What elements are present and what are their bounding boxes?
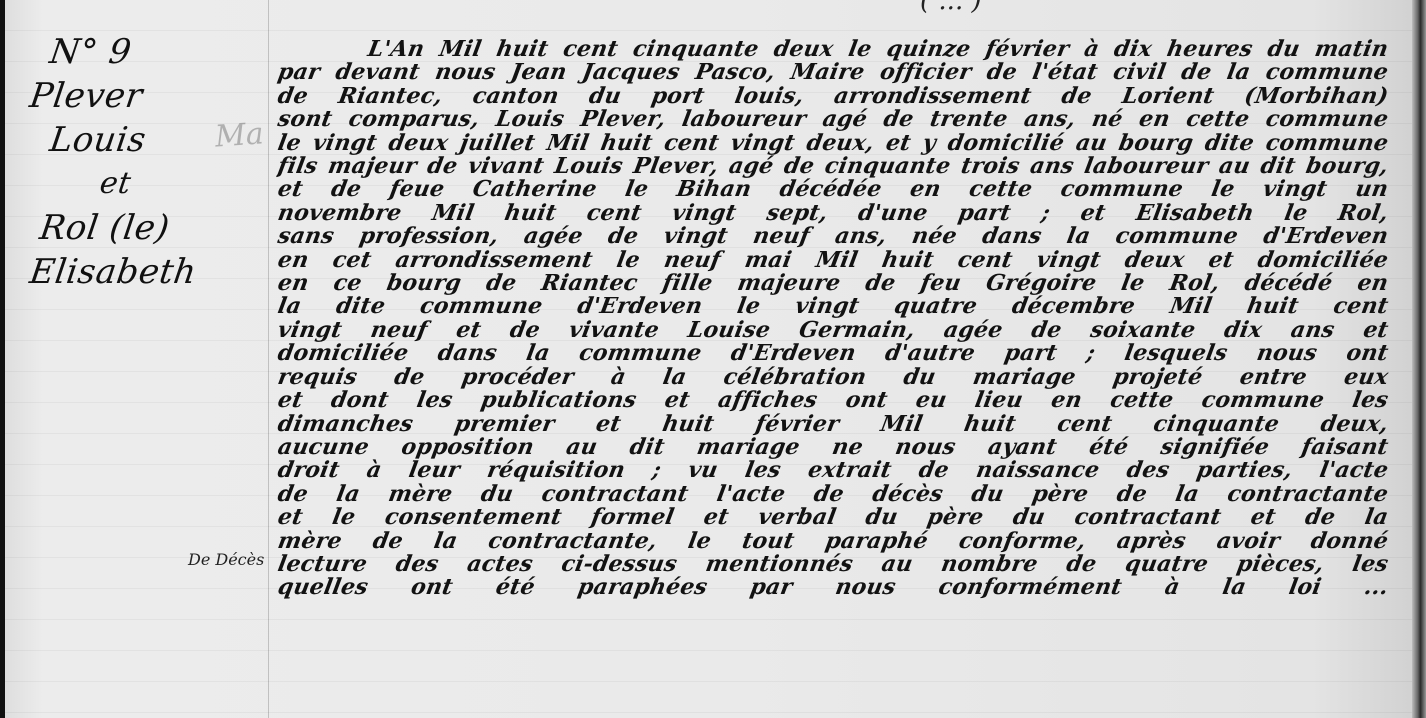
page-left-edge <box>0 0 5 718</box>
body-line: aucune opposition au dit mariage ne nous… <box>276 436 1390 459</box>
entry-number: N° 9 <box>27 30 263 74</box>
body-line: quelles ont été paraphées par nous confo… <box>276 576 1390 599</box>
body-line: et dont les publications et affiches ont… <box>276 389 1390 412</box>
bride-surname: Rol (le) <box>27 206 263 250</box>
top-fragment-text: ( ... ) <box>920 0 982 16</box>
body-line: en ce bourg de Riantec fille majeure de … <box>276 272 1390 295</box>
margin-rule-line <box>268 0 269 718</box>
body-line: sont comparus, Louis Plever, laboureur a… <box>276 108 1390 131</box>
body-line: lecture des actes ci-dessus mentionnés a… <box>276 553 1390 576</box>
body-line: de la mère du contractant l'acte de décè… <box>276 483 1390 506</box>
body-line: droit à leur réquisition ; vu les extrai… <box>276 459 1390 482</box>
body-line: la dite commune d'Erdeven le vingt quatr… <box>276 295 1390 318</box>
body-line: novembre Mil huit cent vingt sept, d'une… <box>276 202 1390 225</box>
margin-conjunction: et <box>27 162 263 206</box>
body-line: de Riantec, canton du port louis, arrond… <box>276 85 1390 108</box>
body-line: fils majeur de vivant Louis Plever, agé … <box>276 155 1390 178</box>
body-line: L'An Mil huit cent cinquante deux le qui… <box>276 38 1390 61</box>
body-line: domiciliée dans la commune d'Erdeven d'a… <box>276 342 1390 365</box>
entry-body: L'An Mil huit cent cinquante deux le qui… <box>278 38 1388 600</box>
body-line: par devant nous Jean Jacques Pasco, Mair… <box>276 61 1390 84</box>
body-line: et de feue Catherine le Bihan décédée en… <box>276 178 1390 201</box>
book-binding-edge <box>1412 0 1426 718</box>
body-line: dimanches premier et huit février Mil hu… <box>276 413 1390 436</box>
groom-surname: Plever <box>27 74 263 118</box>
bride-given-name: Elisabeth <box>27 250 263 294</box>
body-line: mère de la contractante, le tout paraphé… <box>276 530 1390 553</box>
margin-column: N° 9 Plever Louis et Rol (le) Elisabeth <box>30 30 260 294</box>
body-line: en cet arrondissement le neuf mai Mil hu… <box>276 249 1390 272</box>
body-line: requis de procéder à la célébration du m… <box>276 366 1390 389</box>
body-line: et le consentement formel et verbal du p… <box>276 506 1390 529</box>
register-page: ( ... ) N° 9 Plever Louis et Rol (le) El… <box>0 0 1426 718</box>
body-line: sans profession, agée de vingt neuf ans,… <box>276 225 1390 248</box>
body-line: le vingt deux juillet Mil huit cent ving… <box>276 132 1390 155</box>
body-line: vingt neuf et de vivante Louise Germain,… <box>276 319 1390 342</box>
bleedthrough-text: Ma <box>214 116 265 154</box>
margin-side-note: De Décès <box>188 550 264 569</box>
